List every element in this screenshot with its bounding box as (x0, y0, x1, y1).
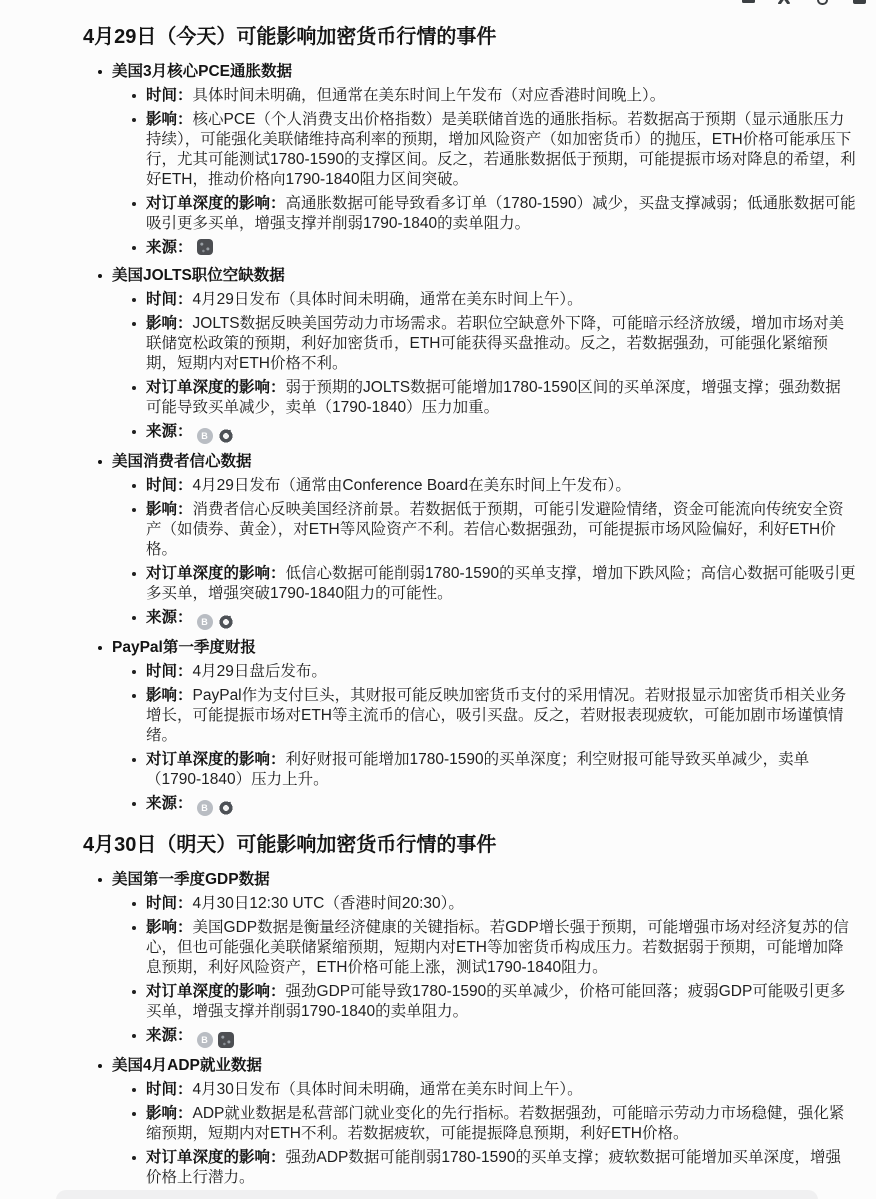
impact-text: 消费者信心反映美国经济前景。若数据低于预期，可能引发避险情绪，资金可能流向传统安… (146, 501, 844, 558)
impact-label: 影响： (146, 111, 193, 128)
event-source: 来源： (83, 238, 856, 258)
source-favicon-b-icon[interactable]: B (197, 1032, 213, 1048)
event-source: 来源：B (83, 608, 856, 630)
event-title: 美国消费者信心数据 (83, 452, 843, 472)
source-label: 来源： (146, 609, 193, 626)
time-text: 4月29日发布（通常由Conference Board在美东时间上午发布）。 (193, 477, 631, 494)
event-consumer-confidence: 美国消费者信心数据 时间：4月29日发布（通常由Conference Board… (83, 452, 856, 630)
depth-label: 对订单深度的影响： (146, 983, 286, 1000)
source-label: 来源： (146, 1027, 193, 1044)
next-card-top-edge (56, 1190, 818, 1199)
time-label: 时间： (146, 895, 193, 912)
time-label: 时间： (146, 87, 193, 104)
event-title: PayPal第一季度财报 (83, 638, 843, 658)
event-depth: 对订单深度的影响：利好财报可能增加1780-1590的买单深度；利空财报可能导致… (83, 750, 856, 790)
time-text: 4月30日12:30 UTC（香港时间20:30）。 (193, 895, 464, 912)
event-paypal: PayPal第一季度财报 时间：4月29日盘后发布。 影响：PayPal作为支付… (83, 638, 856, 816)
time-text: 具体时间未明确，但通常在美东时间上午发布（对应香港时间晚上）。 (193, 87, 666, 104)
event-source: 来源：B (83, 794, 856, 816)
source-favicon-b-icon[interactable]: B (197, 800, 213, 816)
event-time: 时间：4月29日发布（具体时间未明确，通常在美东时间上午）。 (83, 290, 856, 310)
impact-label: 影响： (146, 919, 193, 936)
event-title: 美国3月核心PCE通胀数据 (83, 62, 843, 82)
time-text: 4月29日盘后发布。 (193, 663, 327, 680)
impact-label: 影响： (146, 315, 193, 332)
time-text: 4月30日发布（具体时间未明确，通常在美东时间上午）。 (193, 1081, 583, 1098)
event-jolts: 美国JOLTS职位空缺数据 时间：4月29日发布（具体时间未明确，通常在美东时间… (83, 266, 856, 444)
event-title: 美国JOLTS职位空缺数据 (83, 266, 843, 286)
event-depth: 对订单深度的影响：高通胀数据可能导致看多订单（1780-1590）减少，买盘支撑… (83, 194, 856, 234)
source-favicon-badge-icon[interactable] (197, 239, 213, 255)
depth-label: 对订单深度的影响： (146, 1149, 286, 1166)
event-gdp: 美国第一季度GDP数据 时间：4月30日12:30 UTC（香港时间20:30）… (83, 870, 856, 1048)
time-label: 时间： (146, 477, 193, 494)
event-impact: 影响：消费者信心反映美国经济前景。若数据低于预期，可能引发避险情绪，资金可能流向… (83, 500, 856, 560)
source-label: 来源： (146, 795, 193, 812)
event-depth: 对订单深度的影响：弱于预期的JOLTS数据可能增加1780-1590区间的买单深… (83, 378, 856, 418)
impact-text: 美国GDP数据是衡量经济健康的关键指标。若GDP增长强于预期，可能增强市场对经济… (146, 919, 849, 976)
source-favicon-sync-icon[interactable] (218, 428, 234, 444)
section-heading-april29: 4月29日（今天）可能影响加密货币行情的事件 (83, 24, 856, 50)
source-label: 来源： (146, 423, 193, 440)
event-impact: 影响：ADP就业数据是私营部门就业变化的先行指标。若数据强劲，可能暗示劳动力市场… (83, 1104, 856, 1144)
event-time: 时间：4月29日发布（通常由Conference Board在美东时间上午发布）… (83, 476, 856, 496)
event-depth: 对订单深度的影响：低信心数据可能削弱1780-1590的买单支撑，增加下跌风险；… (83, 564, 856, 604)
event-impact: 影响：JOLTS数据反映美国劳动力市场需求。若职位空缺意外下降，可能暗示经济放缓… (83, 314, 856, 374)
event-pce: 美国3月核心PCE通胀数据 时间：具体时间未明确，但通常在美东时间上午发布（对应… (83, 62, 856, 258)
time-label: 时间： (146, 1081, 193, 1098)
source-label: 来源： (146, 239, 193, 256)
depth-label: 对订单深度的影响： (146, 751, 286, 768)
event-depth: 对订单深度的影响：强劲GDP可能导致1780-1590的买单减少，价格可能回落；… (83, 982, 856, 1022)
event-title: 美国4月ADP就业数据 (83, 1056, 843, 1076)
source-favicon-sync-icon[interactable] (218, 614, 234, 630)
event-adp: 美国4月ADP就业数据 时间：4月30日发布（具体时间未明确，通常在美东时间上午… (83, 1056, 856, 1188)
event-source: 来源：B (83, 1026, 856, 1048)
event-time: 时间：4月30日12:30 UTC（香港时间20:30）。 (83, 894, 856, 914)
event-report-document: 4月29日（今天）可能影响加密货币行情的事件 美国3月核心PCE通胀数据 时间：… (0, 0, 876, 1199)
event-source: 来源：B (83, 422, 856, 444)
depth-label: 对订单深度的影响： (146, 565, 286, 582)
time-text: 4月29日发布（具体时间未明确，通常在美东时间上午）。 (193, 291, 583, 308)
event-impact: 影响：美国GDP数据是衡量经济健康的关键指标。若GDP增长强于预期，可能增强市场… (83, 918, 856, 978)
source-favicon-badge-icon[interactable] (218, 1032, 234, 1048)
depth-label: 对订单深度的影响： (146, 379, 286, 396)
source-favicon-sync-icon[interactable] (218, 800, 234, 816)
impact-text: ADP就业数据是私营部门就业变化的先行指标。若数据强劲，可能暗示劳动力市场稳健，… (146, 1105, 844, 1142)
source-favicon-b-icon[interactable]: B (197, 428, 213, 444)
source-favicon-b-icon[interactable]: B (197, 614, 213, 630)
event-title: 美国第一季度GDP数据 (83, 870, 843, 890)
event-depth: 对订单深度的影响：强劲ADP数据可能削弱1780-1590的买单支撑；疲软数据可… (83, 1148, 856, 1188)
depth-label: 对订单深度的影响： (146, 195, 286, 212)
time-label: 时间： (146, 291, 193, 308)
impact-text: 核心PCE（个人消费支出价格指数）是美联储首选的通胀指标。若数据高于预期（显示通… (146, 111, 856, 188)
impact-label: 影响： (146, 501, 193, 518)
impact-text: JOLTS数据反映美国劳动力市场需求。若职位空缺意外下降，可能暗示经济放缓，增加… (146, 315, 844, 372)
impact-label: 影响： (146, 687, 193, 704)
impact-text: PayPal作为支付巨头，其财报可能反映加密货币支付的采用情况。若财报显示加密货… (146, 687, 846, 744)
event-time: 时间：4月29日盘后发布。 (83, 662, 856, 682)
event-time: 时间：4月30日发布（具体时间未明确，通常在美东时间上午）。 (83, 1080, 856, 1100)
event-impact: 影响：PayPal作为支付巨头，其财报可能反映加密货币支付的采用情况。若财报显示… (83, 686, 856, 746)
time-label: 时间： (146, 663, 193, 680)
impact-label: 影响： (146, 1105, 193, 1122)
event-time: 时间：具体时间未明确，但通常在美东时间上午发布（对应香港时间晚上）。 (83, 86, 856, 106)
event-impact: 影响：核心PCE（个人消费支出价格指数）是美联储首选的通胀指标。若数据高于预期（… (83, 110, 856, 190)
section-heading-april30: 4月30日（明天）可能影响加密货币行情的事件 (83, 832, 856, 858)
